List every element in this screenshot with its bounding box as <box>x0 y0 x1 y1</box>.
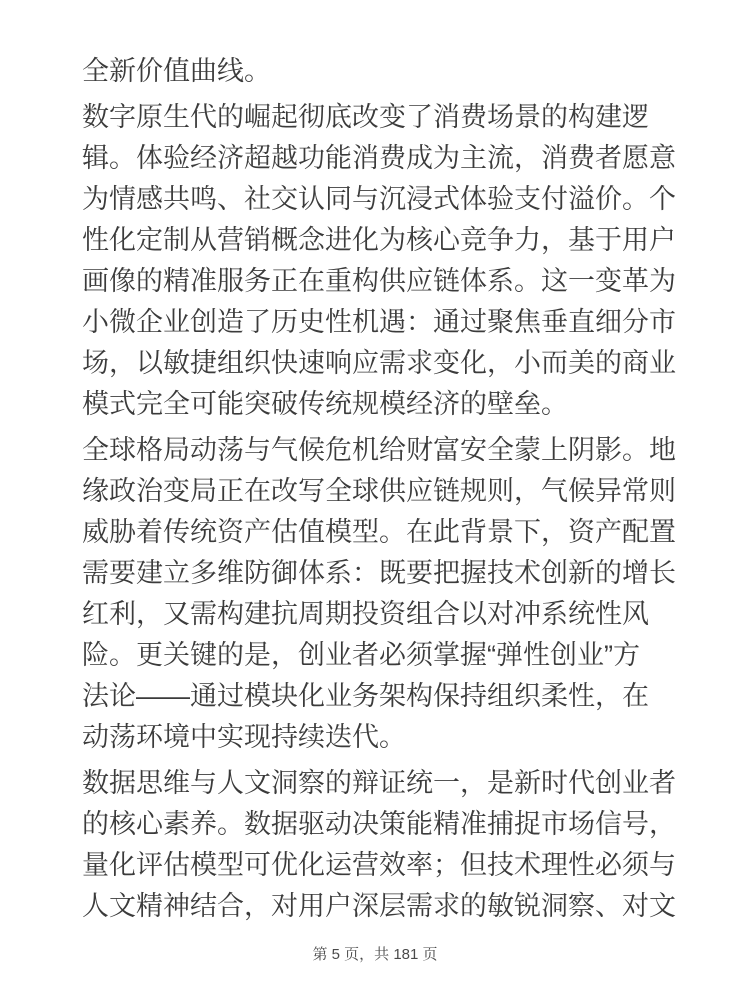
paragraph: 全新价值曲线。 <box>82 51 690 92</box>
page-text-content: 全新价值曲线。数字原生代的崛起彻底改变了消费场景的构建逻 辑。体验经济超越功能消… <box>82 51 690 932</box>
paragraph: 数据思维与人文洞察的辩证统一，是新时代创业者 的核心素养。数据驱动决策能精准捕捉… <box>82 763 690 927</box>
page-indicator: 第 5 页，共 181 页 <box>0 944 750 966</box>
paragraph: 数字原生代的崛起彻底改变了消费场景的构建逻 辑。体验经济超越功能消费成为主流，消… <box>82 97 690 425</box>
paragraph: 全球格局动荡与气候危机给财富安全蒙上阴影。地 缘政治变局正在改写全球供应链规则，… <box>82 430 690 758</box>
document-page: 全新价值曲线。数字原生代的崛起彻底改变了消费场景的构建逻 辑。体验经济超越功能消… <box>0 0 750 1000</box>
